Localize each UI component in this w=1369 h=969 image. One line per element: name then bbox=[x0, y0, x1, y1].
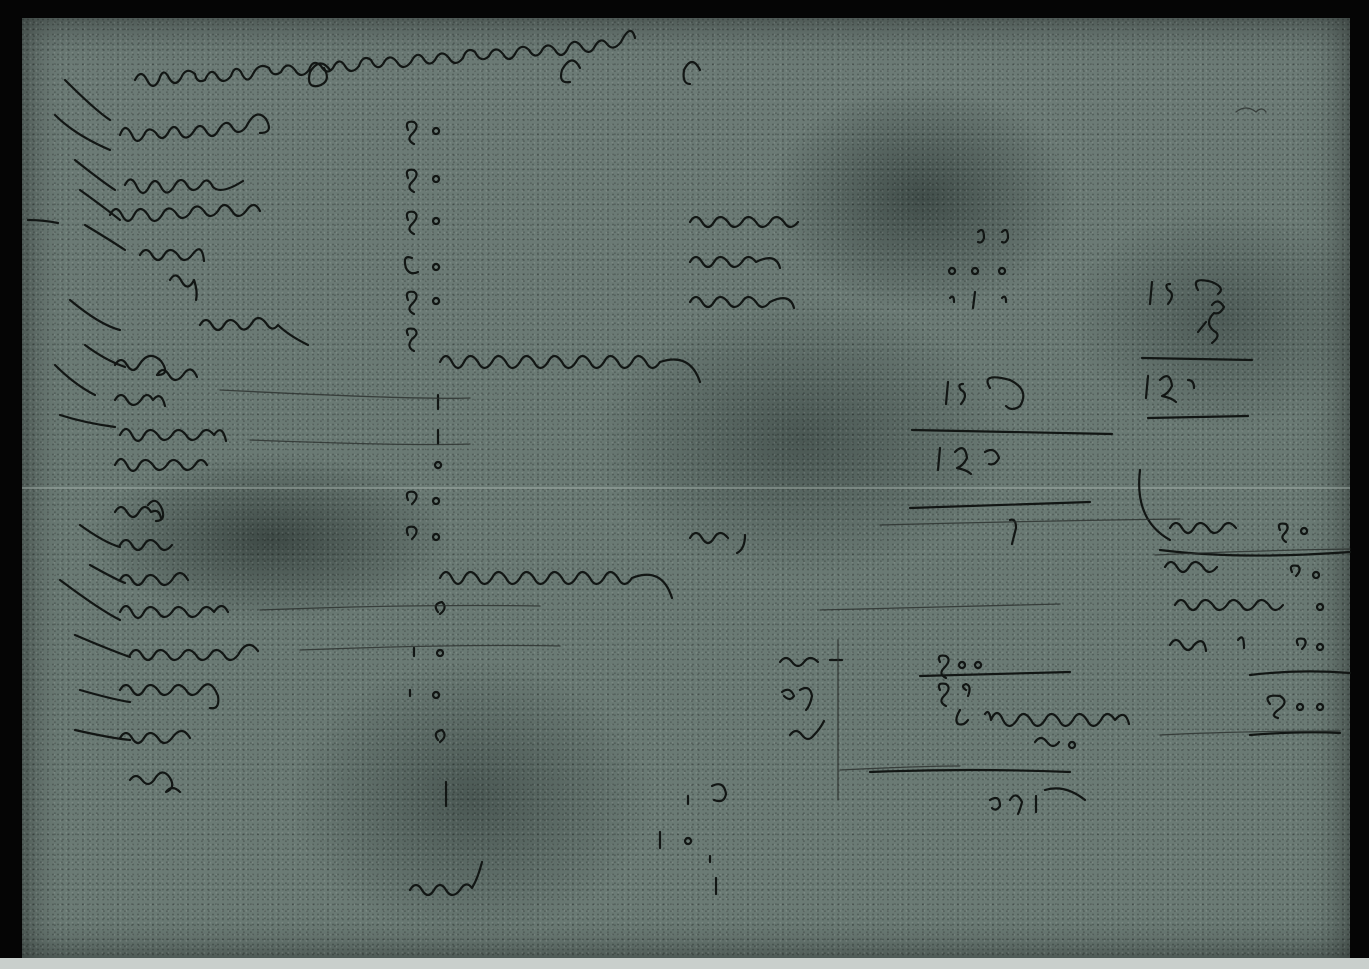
left-column-names bbox=[110, 115, 308, 793]
right-block-1 bbox=[910, 230, 1252, 544]
ruled-lines bbox=[220, 108, 1350, 770]
left-margin-ticks bbox=[28, 80, 130, 740]
header-script-line bbox=[135, 31, 700, 86]
bottom-right-entries bbox=[780, 640, 1129, 814]
handwriting-ink bbox=[0, 0, 1369, 969]
right-block-2 bbox=[1160, 523, 1350, 735]
middle-notes bbox=[410, 217, 798, 895]
amount-column bbox=[405, 122, 446, 806]
